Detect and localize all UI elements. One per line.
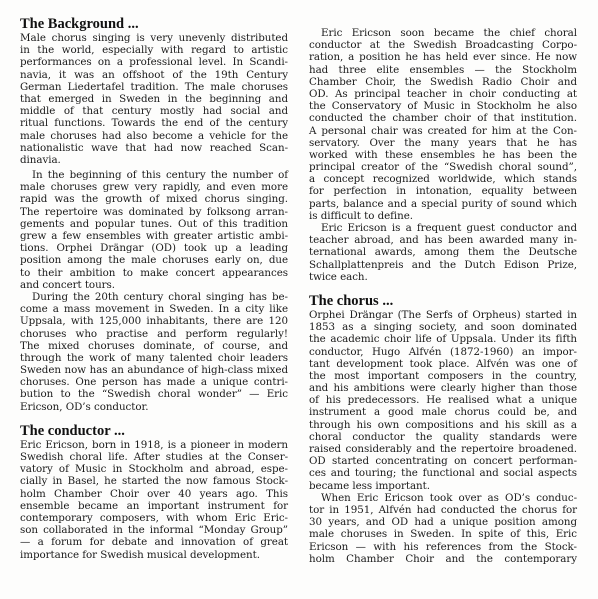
text-line: ternational awards, among them the Deuts… xyxy=(309,246,577,258)
left-column: The Background ... Male chorus singing i… xyxy=(20,16,288,561)
text-line: choral conductor the quality standards w… xyxy=(309,431,577,443)
text-line: and his ambitions were clearly higher th… xyxy=(309,382,577,394)
text-line: the Conservatory of Music in Stockholm h… xyxy=(309,100,577,112)
text-line: conductor at the Swedish Broadcasting Co… xyxy=(309,39,577,51)
text-line: had three elite ensembles — the Stockhol… xyxy=(309,64,577,76)
text-line: A personal chair was created for him at … xyxy=(309,125,577,137)
paragraph-chorus-2: When Eric Ericson took over as OD’s cond… xyxy=(309,492,577,565)
paragraph-conductor-2: Eric Ericson soon became the chief chora… xyxy=(309,27,577,222)
text-line: During the 20th century choral singing h… xyxy=(20,291,288,303)
text-line: OD started concentrating on concert perf… xyxy=(309,455,577,467)
text-line: worked with these ensembles he has been … xyxy=(309,149,577,161)
text-line: is difficult to define. xyxy=(309,210,577,222)
text-line: principal creator of the “Swedish choral… xyxy=(309,161,577,173)
text-line: Eric Ericson soon became the chief chora… xyxy=(309,27,577,39)
text-line: Male chorus singing is very unevenly dis… xyxy=(20,32,288,44)
text-line: position among the male choruses early o… xyxy=(20,254,288,266)
text-line: middle of that century mostly had social… xyxy=(20,105,288,117)
text-line: 30 years, and OD had a unique position a… xyxy=(309,516,577,528)
text-line: instrument a good male chorus could be, … xyxy=(309,406,577,418)
text-line: male choruses in Sweden. In spite of thi… xyxy=(309,528,577,540)
text-line: bution to the “Swedish choral wonder” — … xyxy=(20,388,288,400)
text-line: the most important composers in the coun… xyxy=(309,370,577,382)
text-line: tions. Orphei Drängar (OD) took up a lea… xyxy=(20,242,288,254)
text-line: ces and touring; the functional and soci… xyxy=(309,467,577,479)
text-line: choruses who practise and perform regula… xyxy=(20,328,288,340)
text-line: Eric Ericson is a frequent guest conduct… xyxy=(309,222,577,234)
text-line: gements and popular tunes. Out of this t… xyxy=(20,218,288,230)
paragraph-conductor-3: Eric Ericson is a frequent guest conduct… xyxy=(309,222,577,283)
text-line: through his own compositions and his ski… xyxy=(309,419,577,431)
text-line: tant development took place. Alfvén was … xyxy=(309,358,577,370)
text-line: parts, balance and a special purity of s… xyxy=(309,198,577,210)
text-line: that emerged in Sweden in the beginning … xyxy=(20,93,288,105)
text-line: Orphei Drängar (The Serfs of Orpheus) st… xyxy=(309,309,577,321)
text-line: holm Chamber Choir and the contemporary xyxy=(309,553,577,565)
spacer xyxy=(309,16,577,27)
heading-background: The Background ... xyxy=(20,16,288,32)
text-line: The repertoire was dominated by folksong… xyxy=(20,206,288,218)
heading-conductor: The conductor ... xyxy=(20,423,288,439)
text-line: OD. As principal teacher in choir conduc… xyxy=(309,88,577,100)
text-line: When Eric Ericson took over as OD’s cond… xyxy=(309,492,577,504)
text-line: importance for Swedish musical developme… xyxy=(20,549,288,561)
text-line: come a mass movement in Sweden. In a cit… xyxy=(20,303,288,315)
text-line: 1853 as a singing society, and soon domi… xyxy=(309,321,577,333)
text-line: cially in Basel, he started the now famo… xyxy=(20,475,288,487)
text-line: Chamber Choir, the Swedish Radio Choir a… xyxy=(309,76,577,88)
text-line: performances on a professional level. In… xyxy=(20,56,288,68)
text-line: ration, a position he has held ever sinc… xyxy=(309,51,577,63)
text-line: son collaborated in the informal “Monday… xyxy=(20,524,288,536)
text-line: rapid was the growth of mixed chorus sin… xyxy=(20,193,288,205)
text-line: servatory. Over the many years that he h… xyxy=(309,137,577,149)
heading-chorus: The chorus ... xyxy=(309,293,577,309)
text-line: Ericson, OD’s conductor. xyxy=(20,401,288,413)
paragraph-chorus-1: Orphei Drängar (The Serfs of Orpheus) st… xyxy=(309,309,577,492)
text-line: Swedish choral life. After studies at th… xyxy=(20,451,288,463)
text-line: ritual functions. Towards the end of the… xyxy=(20,117,288,129)
document-page: The Background ... Male chorus singing i… xyxy=(0,0,598,599)
text-line: teacher abroad, and has been awarded man… xyxy=(309,234,577,246)
text-line: In the beginning of this century the num… xyxy=(20,169,288,181)
text-line: nationalistic wave that had now reached … xyxy=(20,142,288,154)
text-line: to their ambition to make concert appear… xyxy=(20,267,288,279)
text-line: in the world, especially with regard to … xyxy=(20,44,288,56)
text-line: Uppsala, with 125,000 inhabitants, there… xyxy=(20,315,288,327)
text-line: tor in 1951, Alfvén had conducted the ch… xyxy=(309,504,577,516)
text-line: The mixed choruses dominate, of course, … xyxy=(20,340,288,352)
text-line: a concept recognized worldwide, which st… xyxy=(309,173,577,185)
text-line: choruses. One person has made a unique c… xyxy=(20,376,288,388)
text-line: twice each. xyxy=(309,271,577,283)
text-line: male choruses had also become a vehicle … xyxy=(20,130,288,142)
text-line: through the work of many talented choir … xyxy=(20,352,288,364)
text-line: the academic choir life of Uppsala. Unde… xyxy=(309,333,577,345)
text-line: conducted the chamber choir of that inst… xyxy=(309,112,577,124)
text-line: conductor, Hugo Alfvén (1872-1960) an im… xyxy=(309,346,577,358)
text-line: became less important. xyxy=(309,480,577,492)
right-column: Eric Ericson soon became the chief chora… xyxy=(309,16,577,565)
text-line: Eric Ericson, born in 1918, is a pioneer… xyxy=(20,439,288,451)
text-line: ensemble became an important instrument … xyxy=(20,500,288,512)
text-line: male choruses grew very rapidly, and eve… xyxy=(20,181,288,193)
text-line: and concert tours. xyxy=(20,279,288,291)
text-line: navia, it was an offshoot of the 19th Ce… xyxy=(20,69,288,81)
text-line: for perfection in intonation, equality b… xyxy=(309,185,577,197)
paragraph-conductor-1: Eric Ericson, born in 1918, is a pioneer… xyxy=(20,439,288,561)
text-line: holm Chamber Choir over 40 years ago. Th… xyxy=(20,488,288,500)
text-line: of his predecessors. He realised what a … xyxy=(309,394,577,406)
text-line: contemporary composers, with whom Eric E… xyxy=(20,512,288,524)
text-line: dinavia. xyxy=(20,154,288,166)
text-line: — a forum for debate and innovation of g… xyxy=(20,536,288,548)
paragraph-background-1: Male chorus singing is very unevenly dis… xyxy=(20,32,288,166)
paragraph-background-3: During the 20th century choral singing h… xyxy=(20,291,288,413)
text-line: vatory of Music in Stockholm and abroad,… xyxy=(20,463,288,475)
text-line: German Liedertafel tradition. The male c… xyxy=(20,81,288,93)
text-line: Sweden now has an abundance of high-clas… xyxy=(20,364,288,376)
text-line: grew a few ensembles with greater artist… xyxy=(20,230,288,242)
text-line: Schallplattenpreis and the Dutch Edison … xyxy=(309,259,577,271)
paragraph-background-2: In the beginning of this century the num… xyxy=(20,169,288,291)
text-line: Ericson — with his references from the S… xyxy=(309,541,577,553)
text-line: raised considerably and the repertoire b… xyxy=(309,443,577,455)
